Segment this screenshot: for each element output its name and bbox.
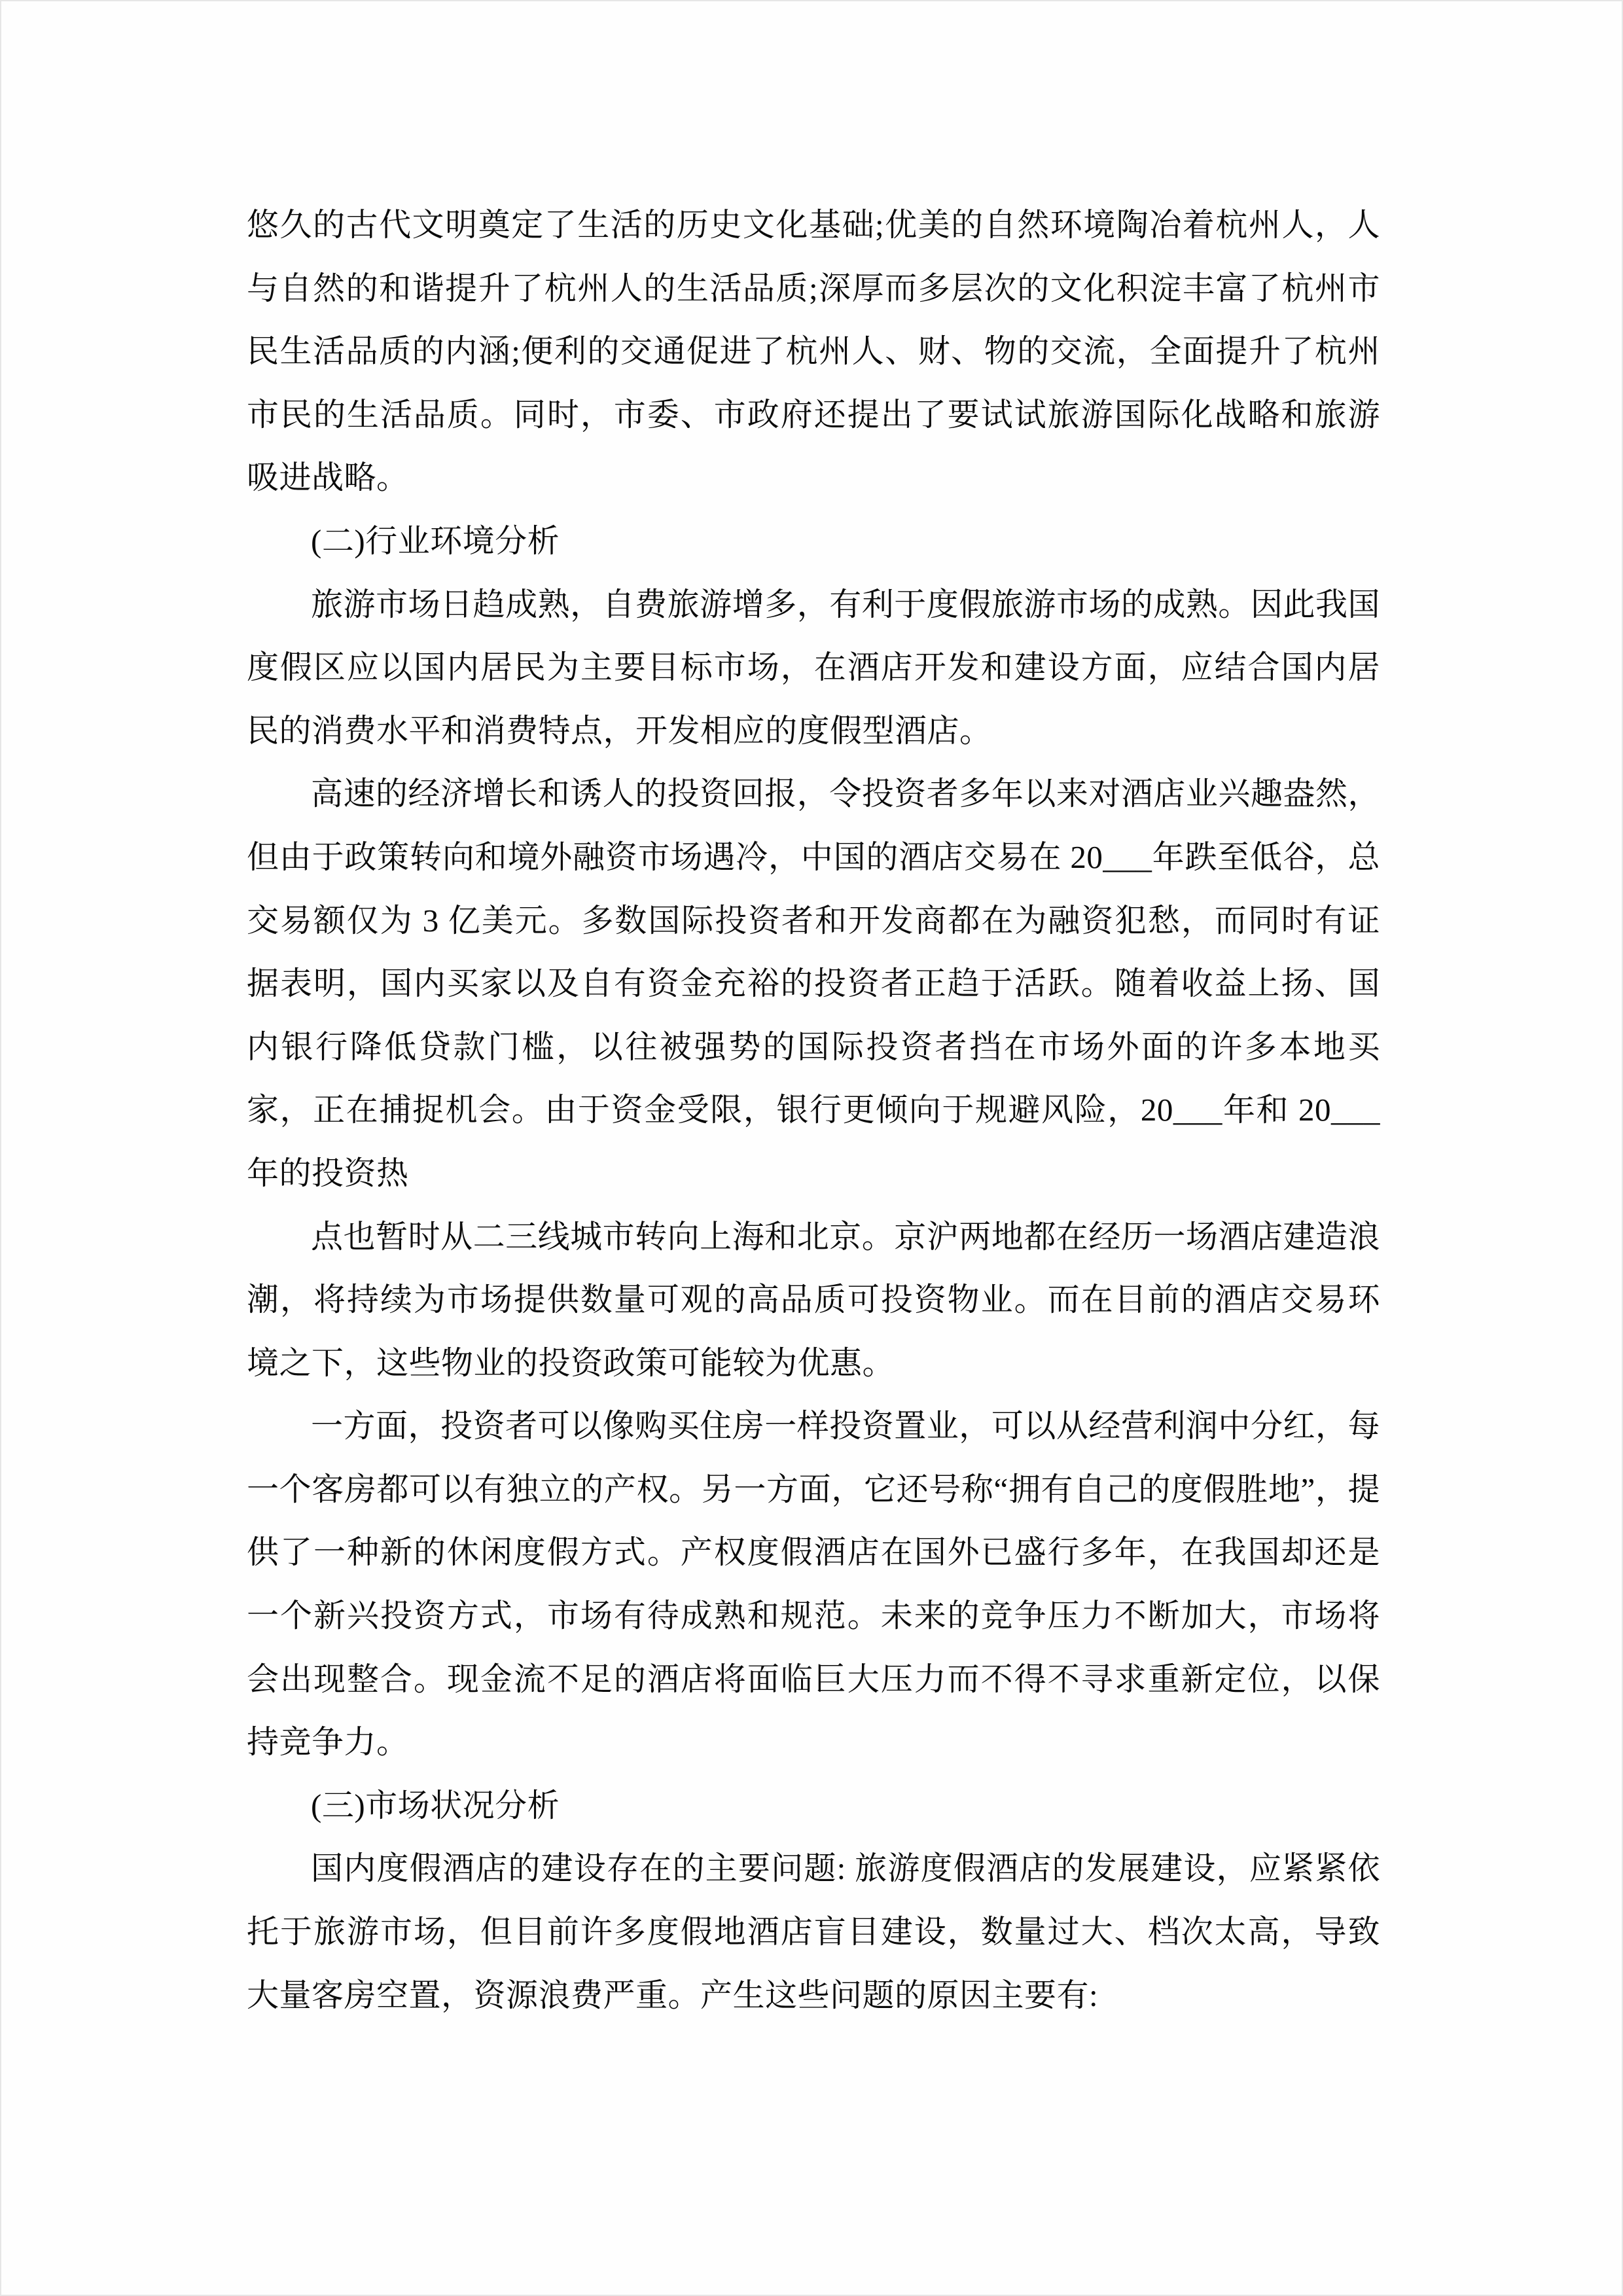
- document-body: 悠久的古代文明奠定了生活的历史文化基础;优美的自然环境陶冶着杭州人，人与自然的和…: [247, 194, 1380, 2027]
- paragraph-continuation: 悠久的古代文明奠定了生活的历史文化基础;优美的自然环境陶冶着杭州人，人与自然的和…: [247, 194, 1380, 510]
- paragraph-economic-growth: 高速的经济增长和诱人的投资回报，令投资者多年以来对酒店业兴趣盎然，但由于政策转向…: [247, 762, 1380, 1205]
- document-page: 悠久的古代文明奠定了生活的历史文化基础;优美的自然环境陶冶着杭州人，人与自然的和…: [0, 0, 1623, 2296]
- paragraph-investment-hotspot: 点也暂时从二三线城市转向上海和北京。京沪两地都在经历一场酒店建造浪潮，将持续为市…: [247, 1206, 1380, 1395]
- section-heading-market-status: (三)市场状况分析: [247, 1774, 1380, 1838]
- section-heading-industry-environment: (二)行业环境分析: [247, 510, 1380, 573]
- paragraph-tourism-market: 旅游市场日趋成熟，自费旅游增多，有利于度假旅游市场的成熟。因此我国度假区应以国内…: [247, 573, 1380, 763]
- paragraph-property-hotel: 一方面，投资者可以像购买住房一样投资置业，可以从经营利润中分红，每一个客房都可以…: [247, 1395, 1380, 1774]
- paragraph-domestic-resort-problems: 国内度假酒店的建设存在的主要问题: 旅游度假酒店的发展建设，应紧紧依托于旅游市场…: [247, 1837, 1380, 2027]
